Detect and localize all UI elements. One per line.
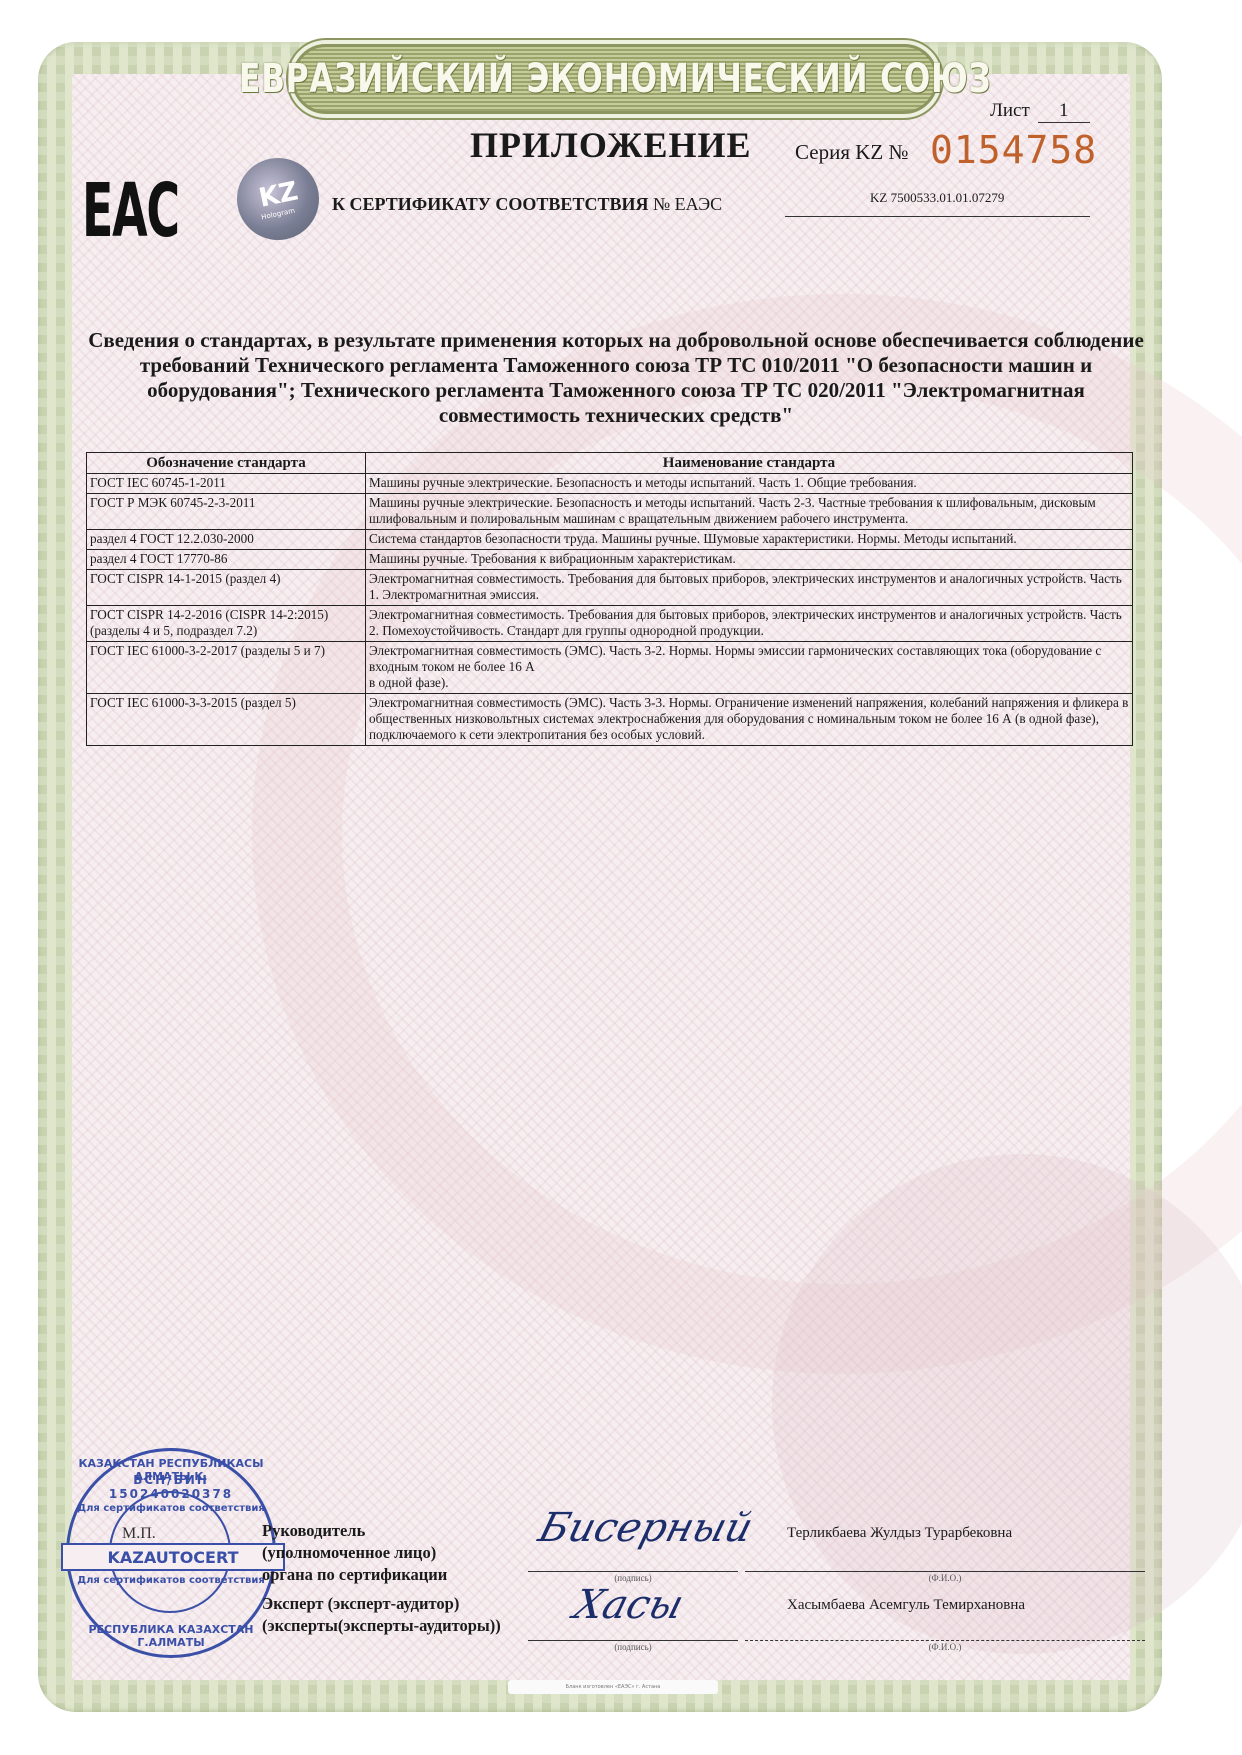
standard-name: Электромагнитная совместимость (ЭМС). Ча… [366, 694, 1133, 746]
document-title: ПРИЛОЖЕНИЕ [470, 124, 752, 166]
head-signature: Бисерный [534, 1505, 758, 1551]
eac-mark-icon: ЕАС [82, 168, 179, 254]
union-banner: ЕВРАЗИЙСКИЙ ЭКОНОМИЧЕСКИЙ СОЮЗ [292, 44, 938, 114]
table-row: раздел 4 ГОСТ 17770-86 Машины ручные. Тр… [87, 550, 1133, 570]
table-row: ГОСТ IEC 61000-3-2-2017 (разделы 5 и 7) … [87, 642, 1133, 694]
expert-name-caption: (Ф.И.О.) [745, 1642, 1145, 1652]
standard-code: ГОСТ IEC 61000-3-2-2017 (разделы 5 и 7) [87, 642, 366, 694]
expert-full-name: Хасымбаева Асемгуль Темирхановна [787, 1597, 1025, 1614]
standard-code: ГОСТ Р МЭК 60745-2-3-2011 [87, 494, 366, 530]
expert-signature-caption: (подпись) [528, 1642, 738, 1652]
standard-name: Машины ручные. Требования к вибрационным… [366, 550, 1133, 570]
standard-code: ГОСТ CISPR 14-2-2016 (CISPR 14-2:2015) (… [87, 606, 366, 642]
head-signature-line [528, 1571, 738, 1572]
head-full-name: Терликбаева Жулдыз Турарбековна [787, 1525, 1012, 1542]
standard-name: Электромагнитная совместимость (ЭМС). Ча… [366, 642, 1133, 694]
table-row: ГОСТ CISPR 14-1-2015 (раздел 4) Электром… [87, 570, 1133, 606]
standard-code: ГОСТ CISPR 14-1-2015 (раздел 4) [87, 570, 366, 606]
column-header-code: Обозначение стандарта [87, 453, 366, 474]
certificate-sheet [72, 74, 1130, 1680]
organization-stamp-icon: КАЗАКСТАН РЕСПУБЛИКАСЫ АЛМАТЫ К. БСН/БИН… [66, 1448, 276, 1658]
standards-table: Обозначение стандарта Наименование станд… [86, 452, 1133, 746]
standard-name: Машины ручные электрические. Безопасност… [366, 474, 1133, 494]
series-number: 0154758 [930, 128, 1097, 172]
kazautocert-logo: KAZAUTOCERT [61, 1543, 285, 1571]
certificate-number: KZ 7500533.01.01.07279 [870, 190, 1004, 206]
certificate-label: К СЕРТИФИКАТУ СООТВЕТСТВИЯ № ЕАЭС [332, 194, 722, 215]
series-label: Серия KZ № [795, 140, 909, 165]
standard-code: ГОСТ IEC 61000-3-3-2015 (раздел 5) [87, 694, 366, 746]
head-label: Руководитель (уполномоченное лицо) орган… [262, 1520, 447, 1586]
certificate-number-underline [785, 216, 1090, 217]
head-name-caption: (Ф.И.О.) [745, 1573, 1145, 1583]
standards-heading: Сведения о стандартах, в результате прим… [86, 328, 1146, 428]
table-row: раздел 4 ГОСТ 12.2.030-2000 Система стан… [87, 530, 1133, 550]
standard-code: раздел 4 ГОСТ 17770-86 [87, 550, 366, 570]
standard-name: Система стандартов безопасности труда. М… [366, 530, 1133, 550]
table-row: ГОСТ IEC 60745-1-2011 Машины ручные элек… [87, 474, 1133, 494]
table-row: ГОСТ CISPR 14-2-2016 (CISPR 14-2:2015) (… [87, 606, 1133, 642]
table-row: ГОСТ IEC 61000-3-3-2015 (раздел 5) Элект… [87, 694, 1133, 746]
column-header-name: Наименование стандарта [366, 453, 1133, 474]
expert-signature-line [528, 1640, 738, 1641]
standard-code: ГОСТ IEC 60745-1-2011 [87, 474, 366, 494]
standard-name: Электромагнитная совместимость. Требован… [366, 570, 1133, 606]
hologram-icon: KZ Hologram [237, 158, 319, 240]
seal-place-label: М.П. [122, 1525, 156, 1543]
printer-note: Бланк изготовлен «ЕАЭС» г. Астана [508, 1680, 718, 1694]
expert-signature: Хасы [569, 1582, 689, 1628]
expert-label: Эксперт (эксперт-аудитор) (эксперты(эксп… [262, 1593, 501, 1637]
head-name-line [745, 1571, 1145, 1572]
standard-name: Машины ручные электрические. Безопасност… [366, 494, 1133, 530]
sheet-number: Лист1 [990, 100, 1090, 123]
banner-text: ЕВРАЗИЙСКИЙ ЭКОНОМИЧЕСКИЙ СОЮЗ [239, 56, 991, 102]
standard-code: раздел 4 ГОСТ 12.2.030-2000 [87, 530, 366, 550]
table-row: ГОСТ Р МЭК 60745-2-3-2011 Машины ручные … [87, 494, 1133, 530]
expert-name-line [745, 1640, 1145, 1641]
standard-name: Электромагнитная совместимость. Требован… [366, 606, 1133, 642]
